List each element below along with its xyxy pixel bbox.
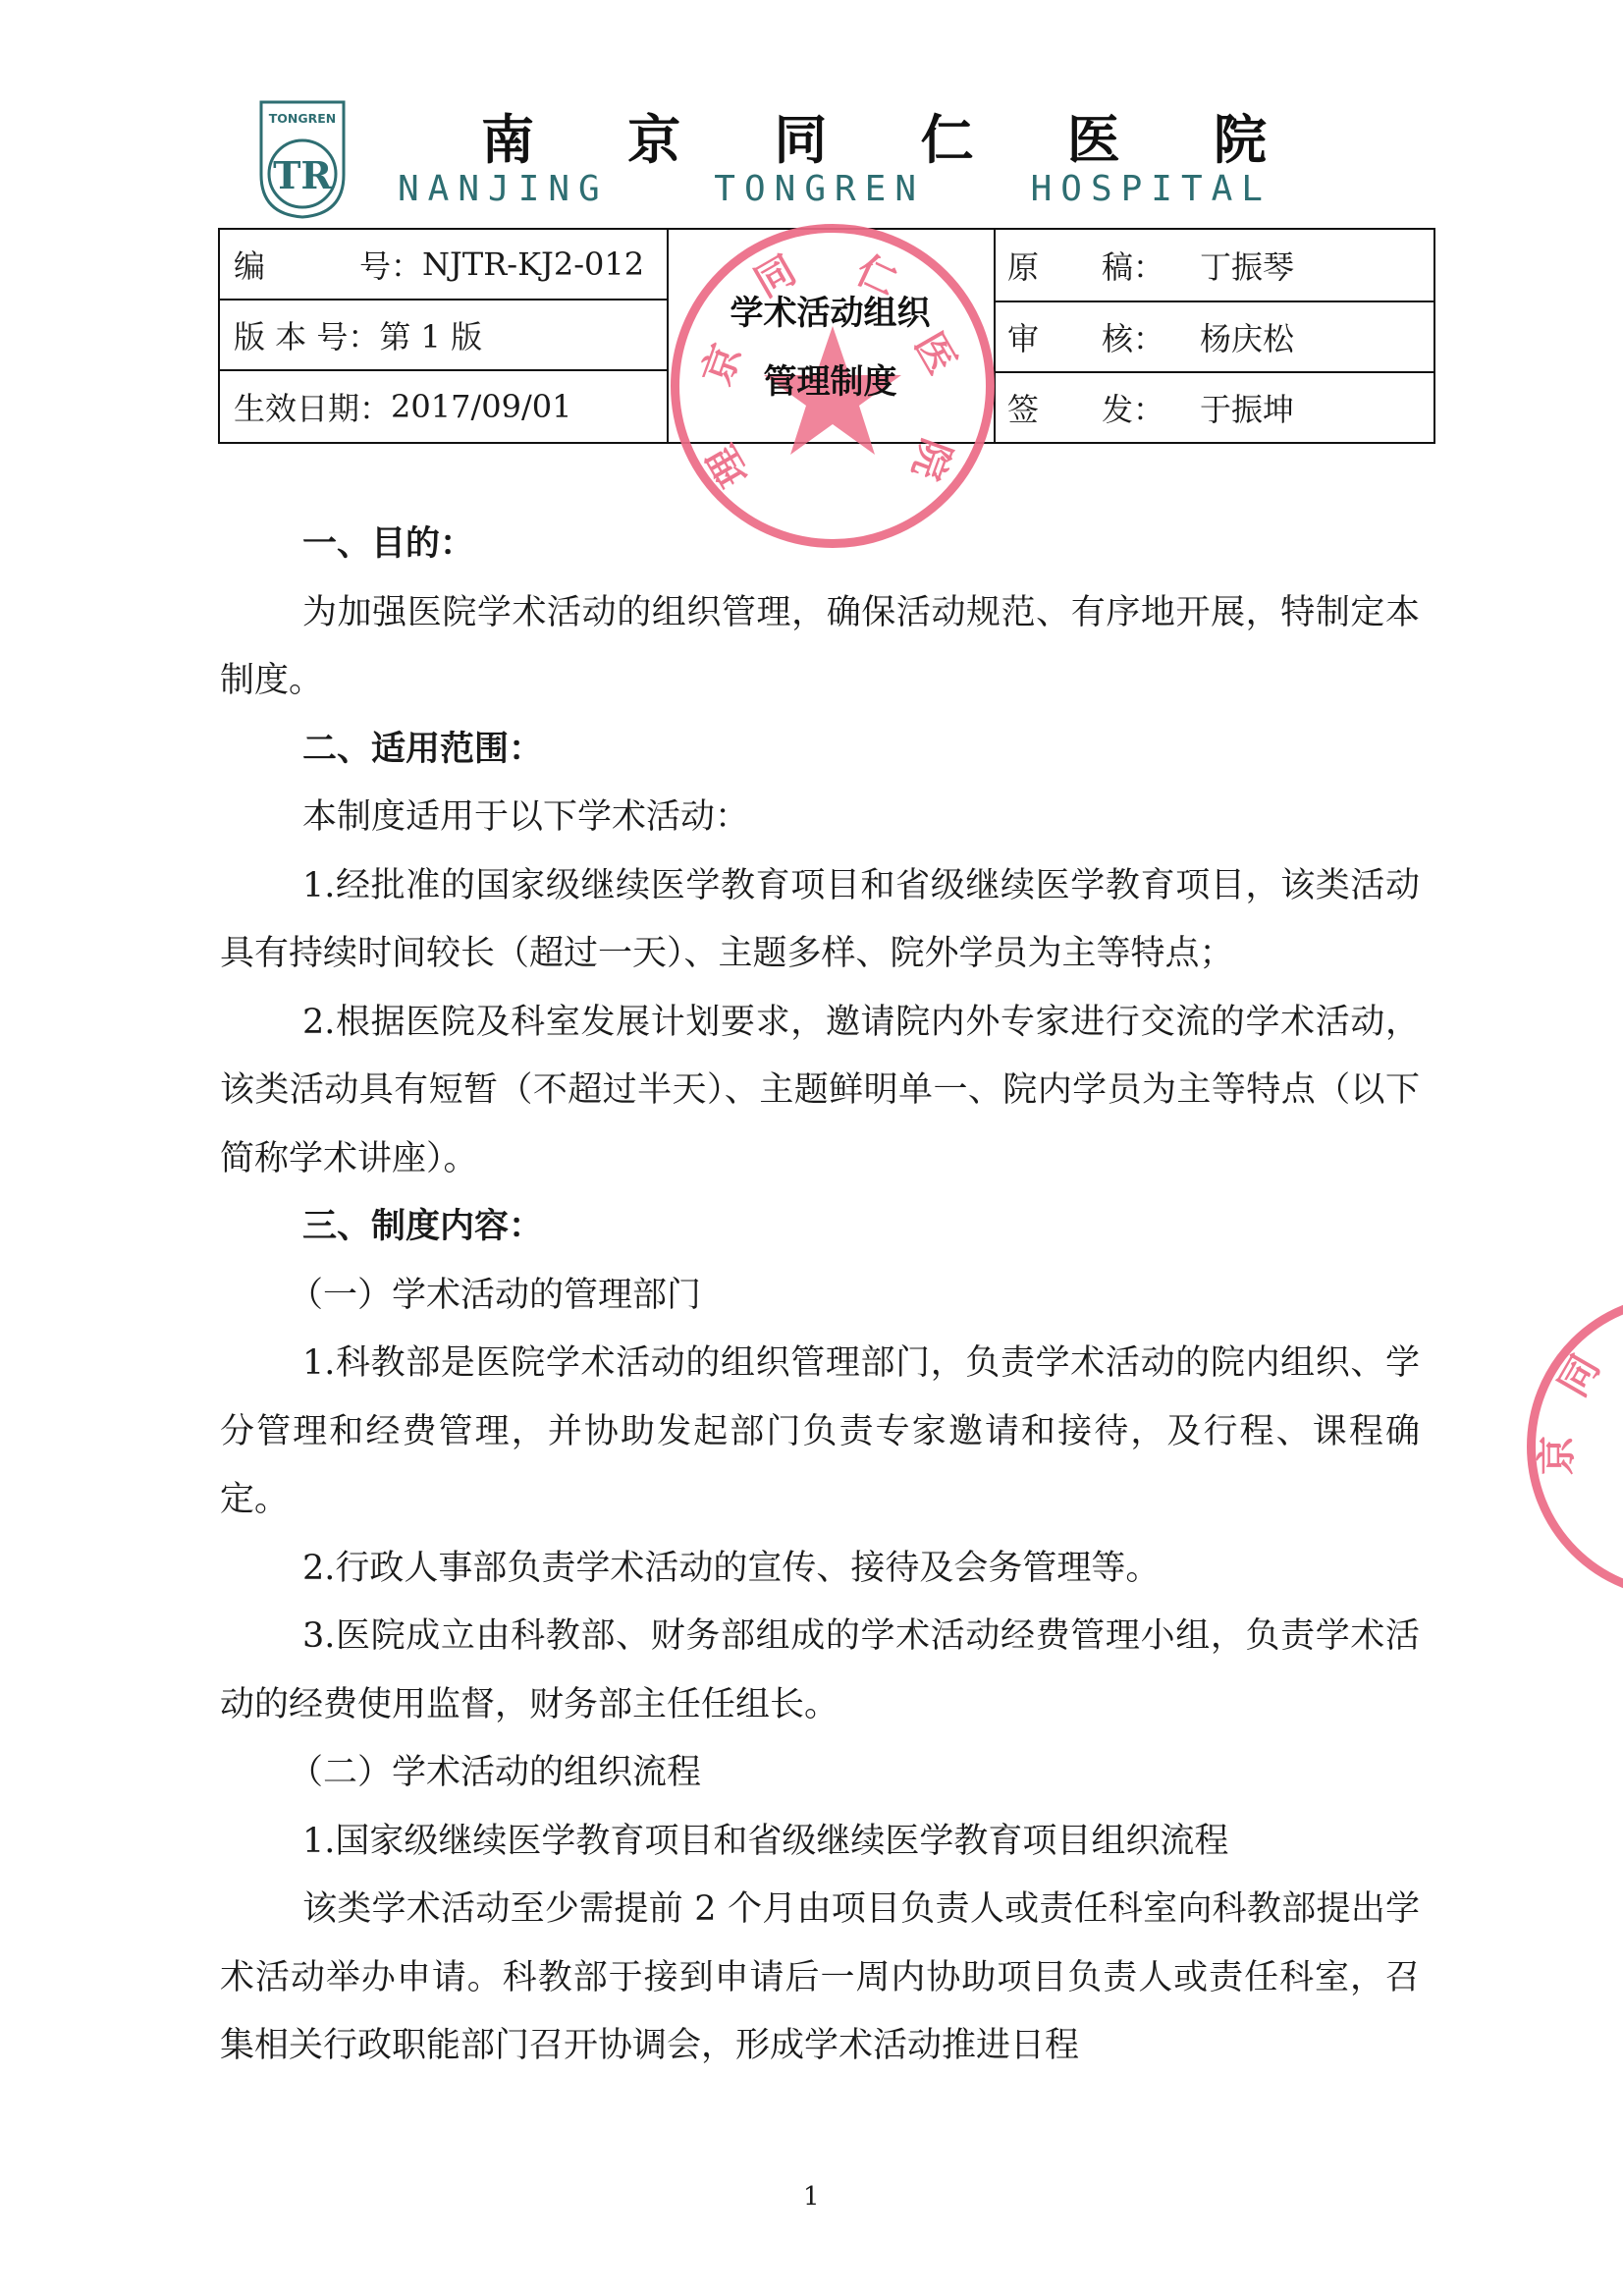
version-row: 版 本 号： 第 1 版 (220, 299, 667, 369)
version-label: 版 本 号： (234, 312, 379, 357)
subsection-heading: （一）学术活动的管理部门 (220, 1262, 1420, 1331)
doc-title: 学术活动组织 管理制度 (667, 279, 994, 416)
list-item: 1.国家级继续医学教育项目和省级继续医学教育项目组织流程 (220, 1808, 1420, 1877)
effective-date-label: 生效日期： (234, 384, 391, 429)
doc-number-label: 编 号： (234, 242, 422, 287)
list-item: 1.经批准的国家级继续医学教育项目和省级继续医学教育项目，该类活动具有持续时间较… (220, 852, 1420, 989)
svg-text:京: 京 (1536, 1436, 1580, 1475)
list-item: 2.行政人事部负责学术活动的宣传、接待及会务管理等。 (220, 1535, 1420, 1604)
author-value: 丁振琴 (1200, 243, 1294, 288)
doc-meta-column: 编 号： NJTR-KJ2-012 版 本 号： 第 1 版 生效日期： 201… (220, 230, 669, 442)
author-row: 原 稿： 丁振琴 (994, 230, 1434, 301)
hospital-cn-char: 医 (1067, 98, 1120, 174)
svg-text:TONGREN: TONGREN (269, 111, 337, 126)
document-body: 一、目的： 为加强医院学术活动的组织管理，确保活动规范、有序地开展，特制定本制度… (220, 511, 1420, 2081)
author-label: 原 稿： (1007, 243, 1200, 288)
svg-text:TR: TR (273, 153, 332, 197)
hospital-cn-char: 同 (774, 98, 827, 174)
hospital-en-word: HOSPITAL (1031, 169, 1271, 209)
paragraph: 该类学术活动至少需提前 2 个月由项目负责人或责任科室向科教部提出学术活动举办申… (220, 1876, 1420, 2081)
hospital-cn-char: 南 (481, 98, 534, 174)
hospital-cn-char: 京 (627, 98, 680, 174)
subsection-heading: （二）学术活动的组织流程 (220, 1739, 1420, 1808)
effective-date-row: 生效日期： 2017/09/01 (220, 369, 667, 442)
doc-number-value: NJTR-KJ2-012 (422, 246, 644, 283)
version-value: 第 1 版 (379, 312, 482, 357)
hospital-name-en: NANJING TONGREN HOSPITAL (398, 169, 1271, 209)
reviewer-value: 杨庆松 (1200, 314, 1294, 359)
issuer-value: 于振坤 (1200, 385, 1294, 430)
doc-title-line: 管理制度 (667, 348, 994, 416)
svg-text:同: 同 (1550, 1347, 1609, 1404)
paragraph: 本制度适用于以下学术活动： (220, 784, 1420, 852)
page-number: 1 (803, 2182, 820, 2212)
hospital-en-word: NANJING (398, 169, 609, 209)
hospital-cn-char: 仁 (921, 98, 974, 174)
list-item: 2.根据医院及科室发展计划要求，邀请院内外专家进行交流的学术活动，该类活动具有短… (220, 989, 1420, 1194)
hospital-logo: TONGREN TR (257, 98, 348, 220)
reviewer-row: 审 核： 杨庆松 (994, 301, 1434, 371)
seal-partial-icon: 同 京 (1536, 1303, 1623, 1590)
section-heading: 三、制度内容： (220, 1193, 1420, 1262)
approval-column: 原 稿： 丁振琴 审 核： 杨庆松 签 发： 于振坤 (994, 230, 1434, 442)
list-item: 3.医院成立由科教部、财务部组成的学术活动经费管理小组，负责学术活动的经费使用监… (220, 1603, 1420, 1739)
doc-number-row: 编 号： NJTR-KJ2-012 (220, 230, 667, 299)
reviewer-label: 审 核： (1007, 314, 1200, 359)
tongren-shield-icon: TONGREN TR (257, 98, 348, 220)
hospital-en-word: TONGREN (714, 169, 925, 209)
doc-title-line: 学术活动组织 (667, 279, 994, 348)
issuer-row: 签 发： 于振坤 (994, 371, 1434, 442)
paragraph: 为加强医院学术活动的组织管理，确保活动规范、有序地开展，特制定本制度。 (220, 579, 1420, 716)
issuer-label: 签 发： (1007, 385, 1200, 430)
section-heading: 二、适用范围： (220, 716, 1420, 785)
svg-text:理: 理 (699, 437, 758, 494)
hospital-name-cn: 南 京 同 仁 医 院 (481, 98, 1267, 174)
effective-date-value: 2017/09/01 (391, 388, 571, 425)
partial-seal: 同 京 (1527, 1294, 1623, 1599)
hospital-cn-char: 院 (1214, 98, 1267, 174)
svg-text:院: 院 (903, 433, 959, 485)
list-item: 1.科教部是医院学术活动的组织管理部门，负责学术活动的院内组织、学分管理和经费管… (220, 1330, 1420, 1535)
